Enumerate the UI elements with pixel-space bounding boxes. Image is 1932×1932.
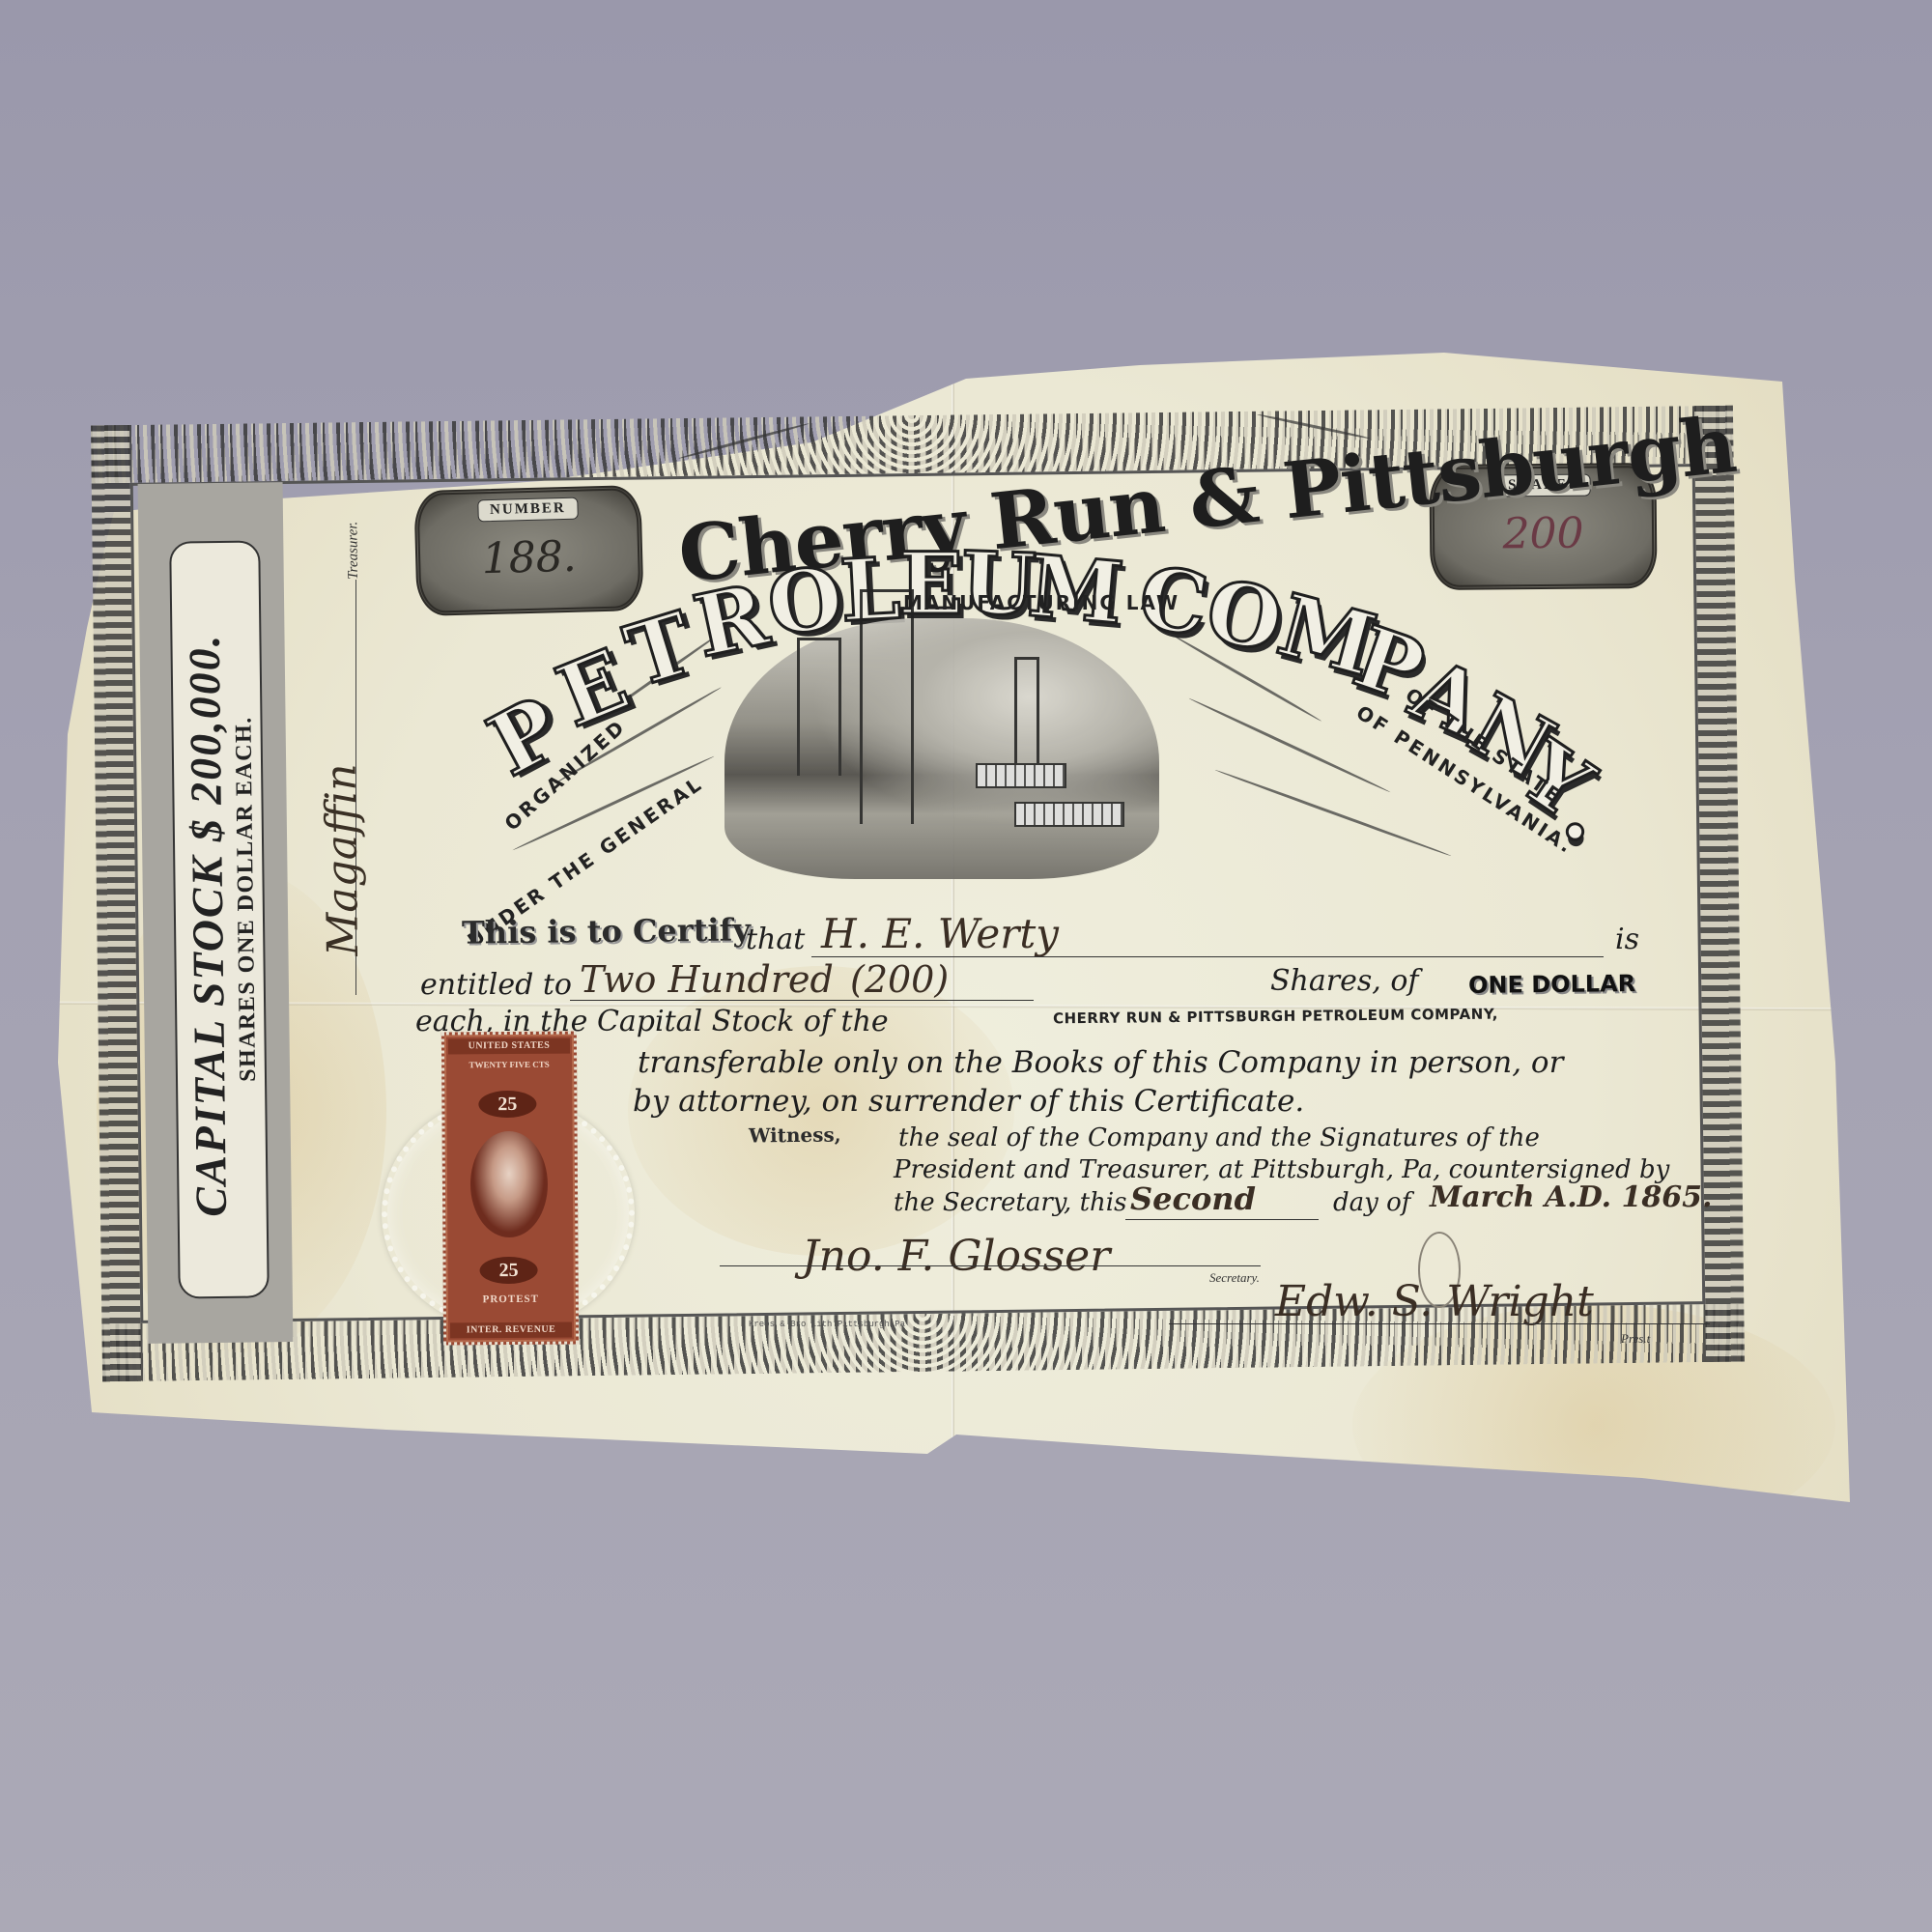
derrick-icon xyxy=(860,589,914,824)
stamp-type: PROTEST xyxy=(446,1293,576,1306)
president-label: Pres.t xyxy=(1621,1331,1650,1347)
shares-numeric: (200) xyxy=(850,958,949,1001)
stamp-value-bottom: 25 xyxy=(479,1257,537,1284)
washington-portrait-icon xyxy=(470,1131,549,1238)
lithographer-imprint: Krebs & Bro Lith Pittsburgh Pa xyxy=(749,1320,905,1329)
stamp-value-top: 25 xyxy=(478,1091,536,1118)
barrel-barge xyxy=(976,763,1066,788)
secretary-signature: Jno. F. Glosser xyxy=(802,1232,1110,1281)
shares-in-words: Two Hundred xyxy=(580,958,834,1001)
holder-line xyxy=(811,956,1604,957)
derrick-icon xyxy=(797,638,841,776)
holder-name: H. E. Werty xyxy=(821,910,1059,957)
witness-label: Witness, xyxy=(749,1122,841,1147)
par-value: ONE DOLLAR xyxy=(1468,970,1635,999)
shares-each-text: SHARES ONE DOLLAR EACH. xyxy=(231,716,262,1082)
revenue-stamp: UNITED STATES TWENTY FIVE CTS 25 25 PROT… xyxy=(441,1032,579,1346)
is-text: is xyxy=(1615,923,1639,956)
president-line xyxy=(1169,1323,1710,1324)
entitled-to-text: entitled to xyxy=(420,968,572,1002)
day-of-text: day of xyxy=(1333,1188,1410,1217)
shares-line xyxy=(570,1000,1034,1001)
stamp-top-text: UNITED STATES xyxy=(448,1038,570,1055)
treasurer-label: Treasurer. xyxy=(345,522,362,580)
issue-day: Second xyxy=(1130,1180,1256,1217)
capital-stock-text: CAPITAL STOCK $ 200,000. xyxy=(179,633,237,1217)
manufacturing-law-text: MANUFACTURING LAW xyxy=(903,591,1179,614)
shares-of-text: Shares, of xyxy=(1270,964,1419,998)
stamp-denomination-words: TWENTY FIVE CTS xyxy=(444,1060,574,1070)
issue-date: March A.D. 1865. xyxy=(1430,1180,1712,1214)
barrel-barge xyxy=(1014,802,1124,827)
day-line xyxy=(1125,1219,1319,1220)
that-text: that xyxy=(746,923,805,956)
stamp-bottom-text: INTER. REVENUE xyxy=(450,1322,572,1339)
attorney-line: by attorney, on surrender of this Certif… xyxy=(633,1084,1304,1119)
witness-line-3: the Secretary, this xyxy=(894,1188,1126,1217)
treasurer-signature: Magaffin xyxy=(317,763,368,956)
derrick-icon xyxy=(1014,657,1039,766)
certify-heading: This is to Certify xyxy=(462,911,751,951)
number-label: NUMBER xyxy=(477,497,579,523)
witness-line-1: the seal of the Company and the Signatur… xyxy=(898,1123,1540,1152)
oil-field-vignette xyxy=(724,618,1159,879)
secretary-line xyxy=(720,1265,1261,1266)
secretary-label: Secretary. xyxy=(1209,1270,1260,1286)
transfer-line: transferable only on the Books of this C… xyxy=(638,1045,1563,1080)
president-signature: Edw. S. Wright xyxy=(1275,1277,1594,1326)
